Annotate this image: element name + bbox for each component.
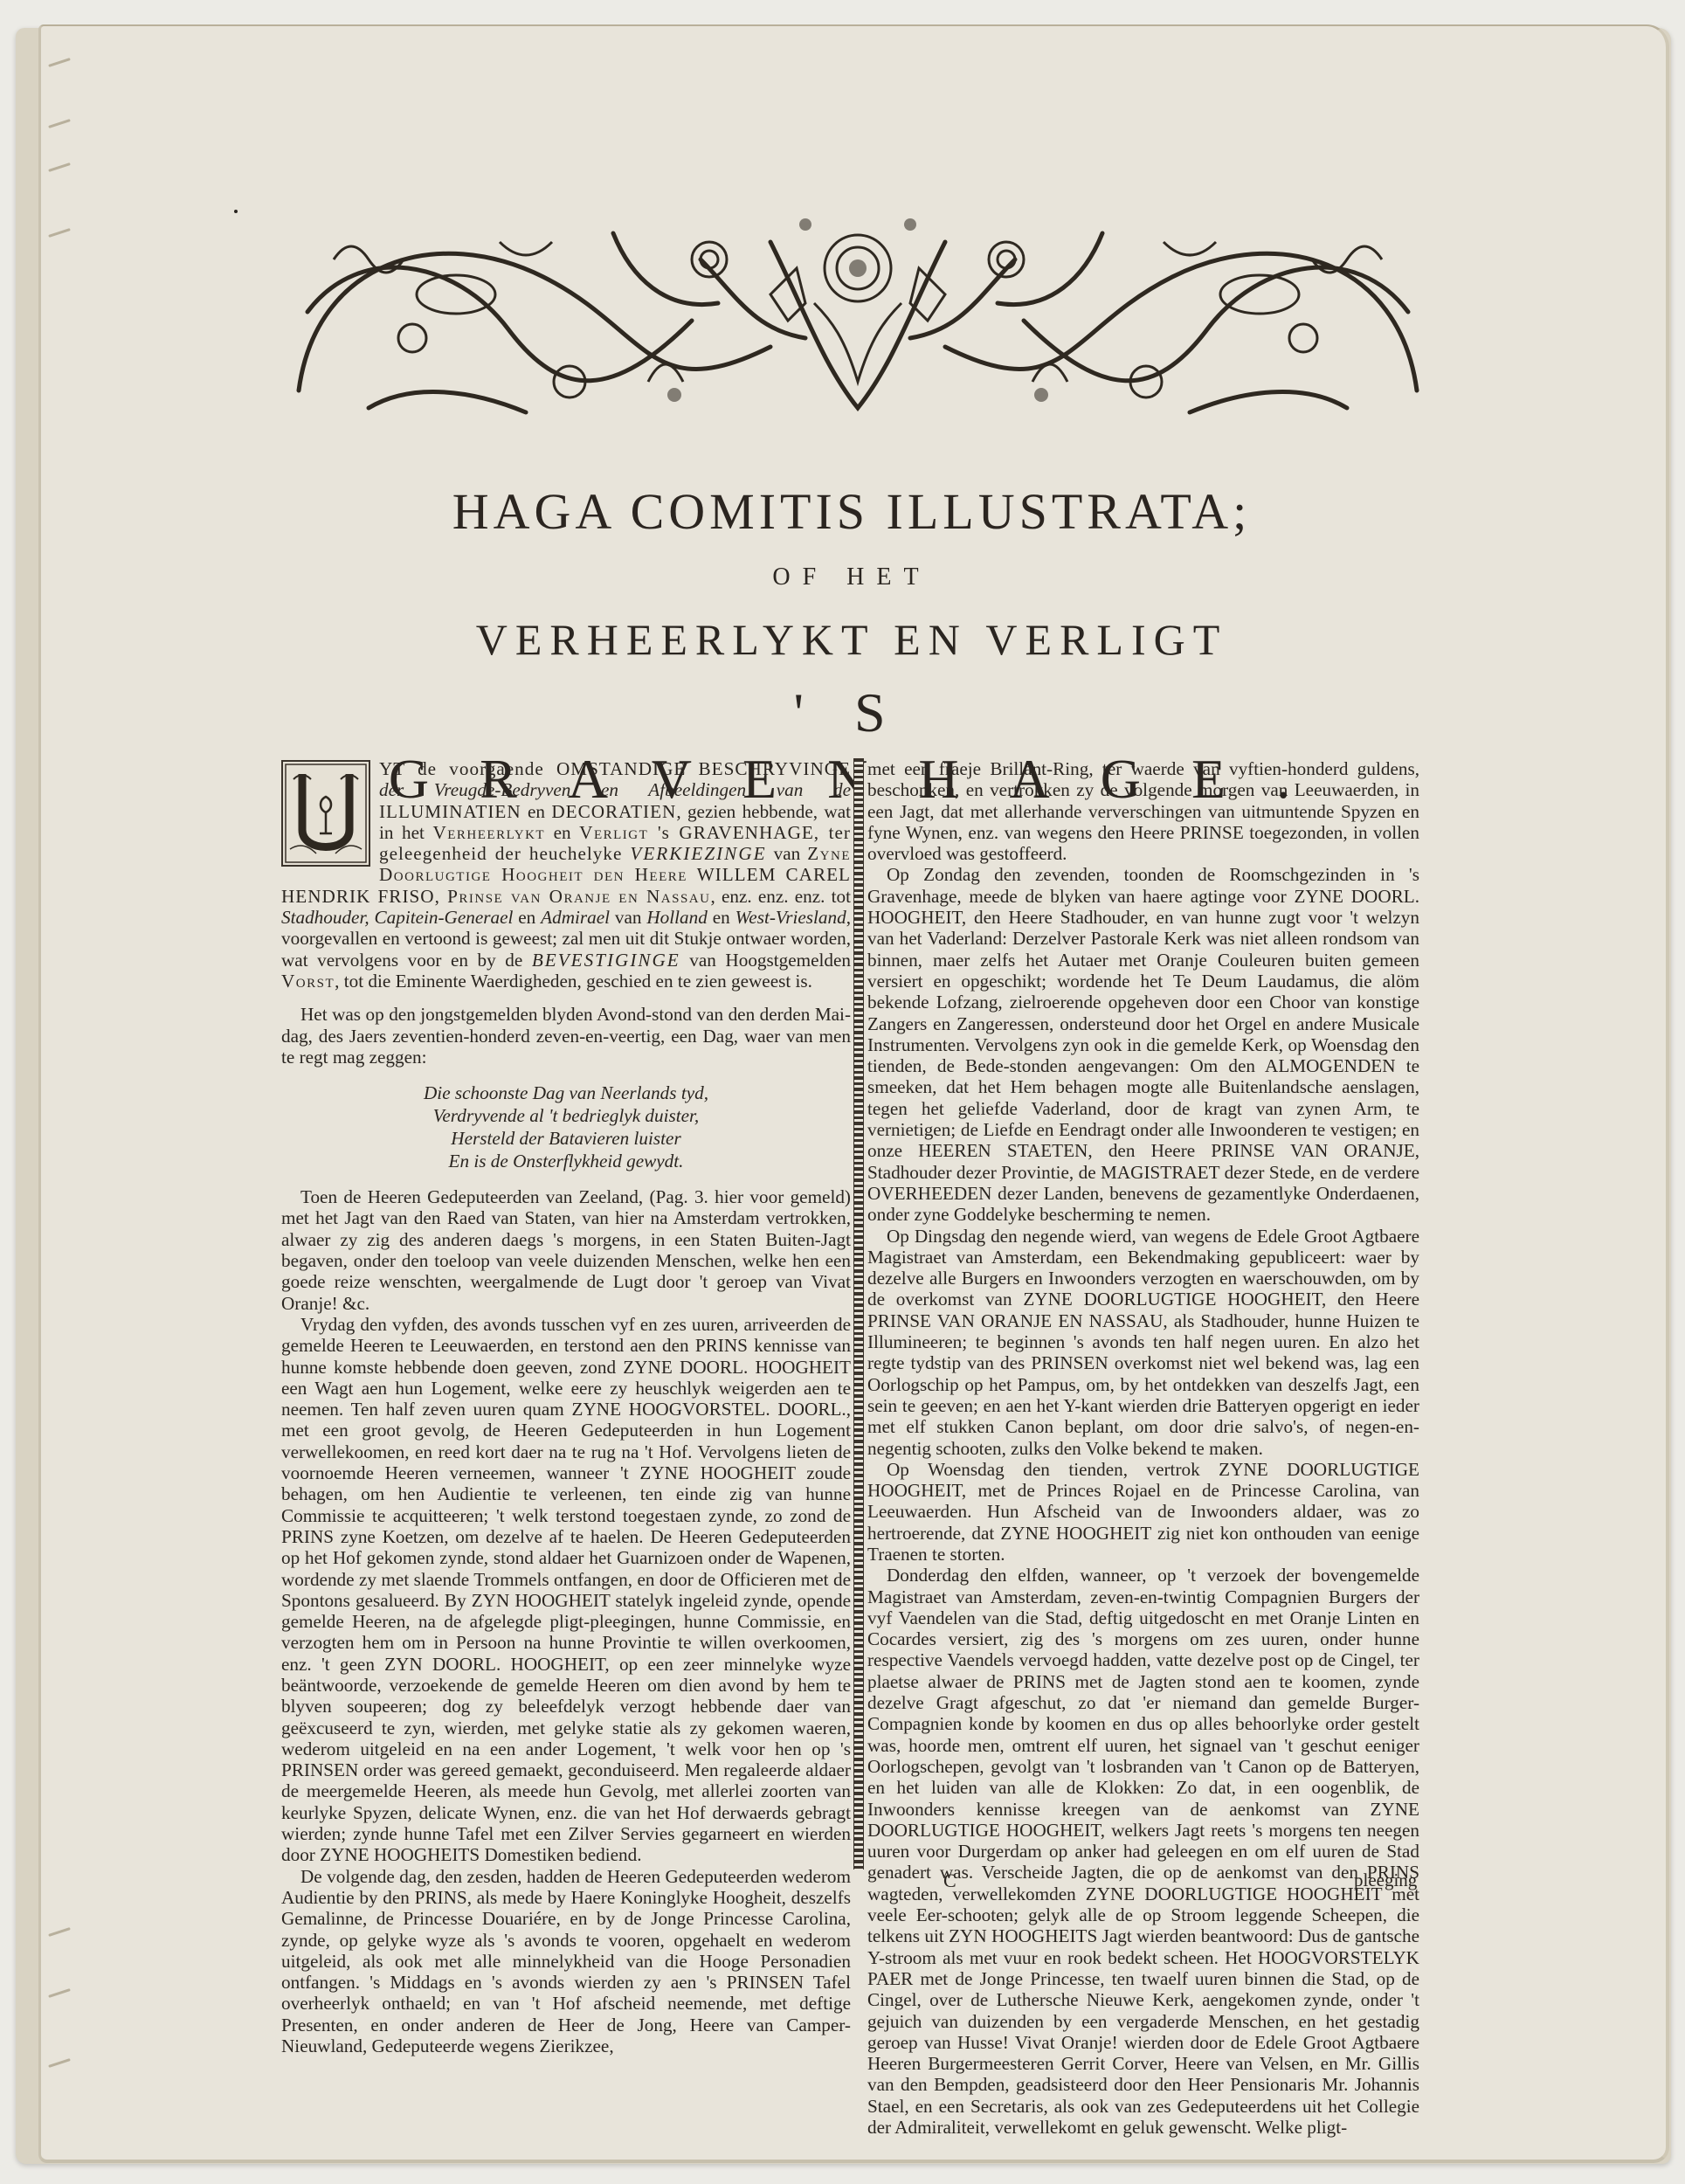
right-column: met een fraeje Brillant-Ring, ter waerde… <box>867 758 1419 2138</box>
verse-line: Die schoonste Dag van Neerlands tyd, <box>281 1082 851 1104</box>
paper-speck <box>234 210 238 213</box>
binding-stitch <box>48 2058 71 2068</box>
catchword: pleeging <box>1354 1870 1417 1891</box>
subtitle: VERHEERLYKT EN VERLIGT <box>262 613 1441 666</box>
paragraph: Het was op den jongstgemelden blyden Avo… <box>281 1004 851 1068</box>
foliage-scroll-icon <box>281 207 1434 427</box>
title-conjunction: OF HET <box>262 563 1441 592</box>
paragraph: Vrydag den vyfden, des avonds tusschen v… <box>281 1314 851 1866</box>
ornamental-header-woodcut <box>281 207 1434 427</box>
signature-mark: C <box>943 1870 956 1892</box>
left-column: YT de voorgaende OMSTANDIGE BESCHRYVINGE… <box>281 758 851 2056</box>
paragraph: Op Dingsdag den negende wierd, van wegen… <box>867 1226 1419 1459</box>
paragraph: Toen de Heeren Gedeputeerden van Zeeland… <box>281 1186 851 1314</box>
binding-stitch <box>48 228 71 238</box>
paragraph: met een fraeje Brillant-Ring, ter waerde… <box>867 758 1419 864</box>
binding-stitch <box>48 1988 71 1998</box>
paragraph: Op Zondag den zevenden, toonden de Rooms… <box>867 864 1419 1225</box>
verse-line: En is de Onsterflykheid gewydt. <box>281 1150 851 1172</box>
page-title: HAGA COMITIS ILLUSTRATA; <box>262 480 1441 543</box>
paragraph: De volgende dag, den zesden, hadden de H… <box>281 1866 851 2057</box>
verse-quote: Die schoonste Dag van Neerlands tyd, Ver… <box>281 1082 851 1172</box>
paragraph: Donderdag den elfden, wanneer, op 't ver… <box>867 1565 1419 2138</box>
binding-stitch <box>48 119 71 128</box>
verse-line: Hersteld der Batavieren luister <box>281 1127 851 1150</box>
column-divider-rope <box>853 758 864 1870</box>
binding-stitch <box>48 162 71 172</box>
binding-stitch <box>48 58 71 67</box>
verse-line: Verdryvende al 't bedrieglyk duister, <box>281 1104 851 1127</box>
paragraph: Op Woensdag den tienden, vertrok ZYNE DO… <box>867 1459 1419 1565</box>
dropcap-ornamental-u-icon <box>281 760 370 867</box>
binding-stitch <box>48 1927 71 1937</box>
